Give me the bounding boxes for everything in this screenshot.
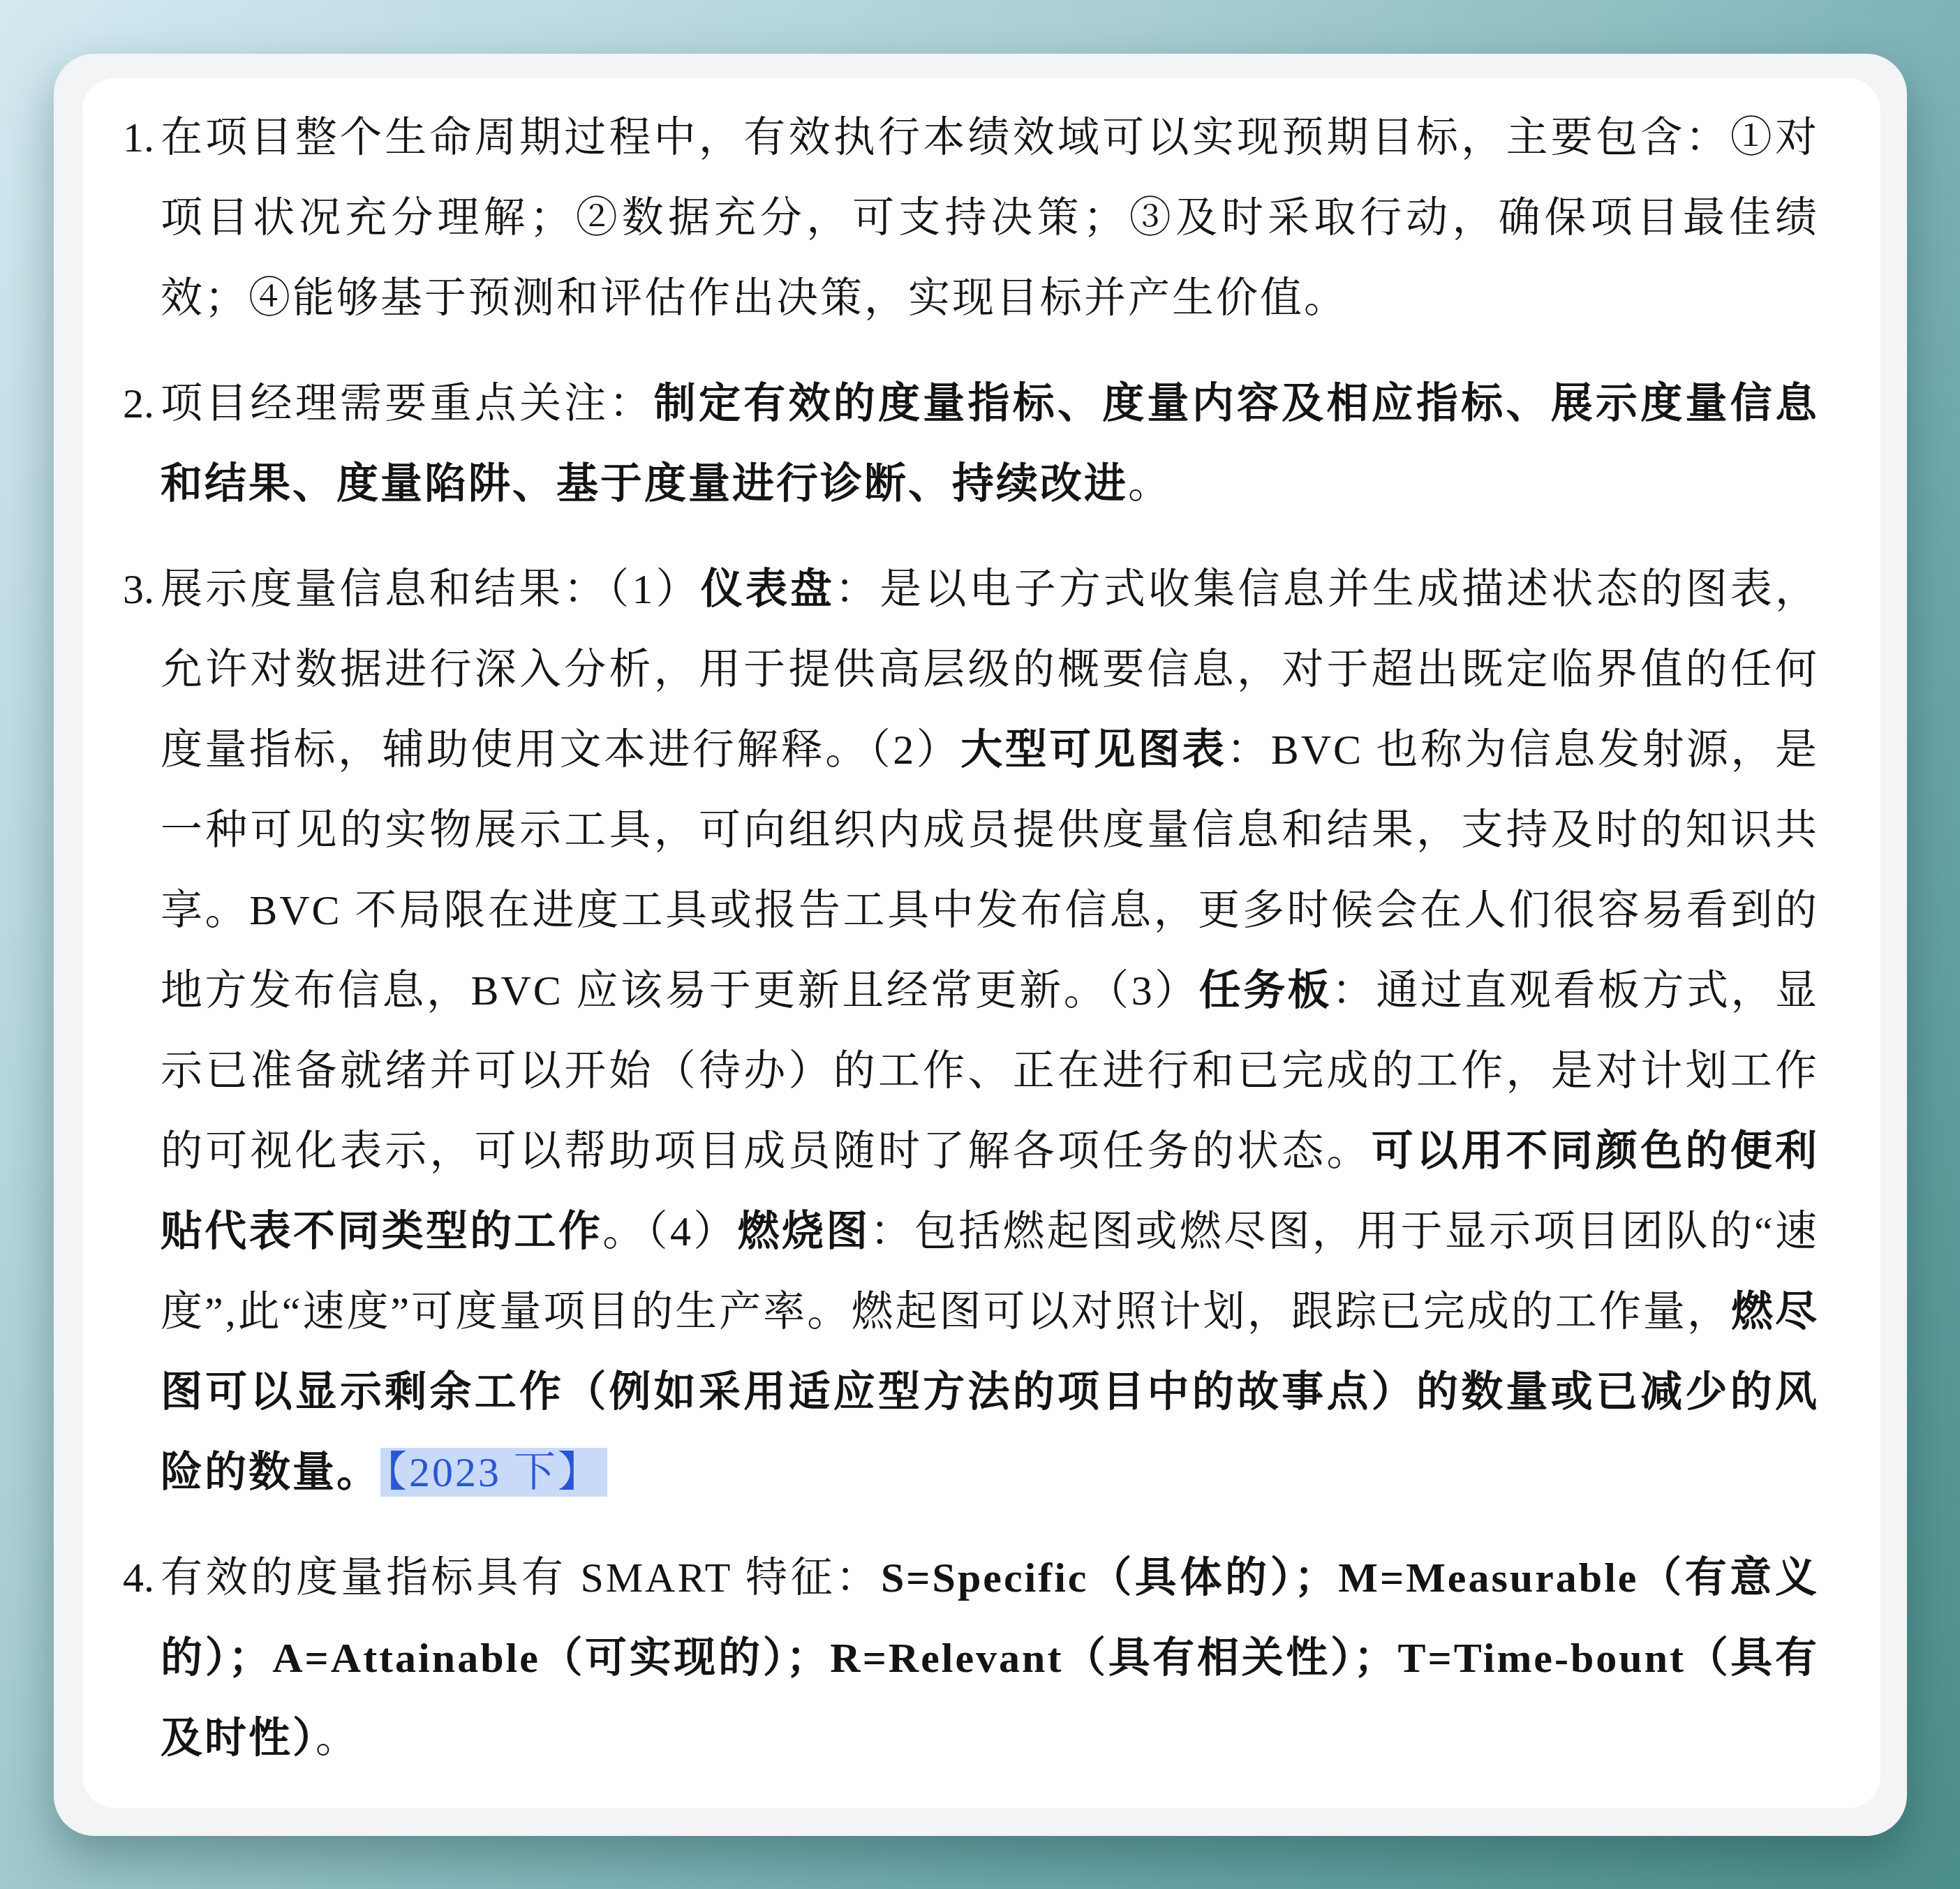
- text-run: 任务板: [1199, 968, 1332, 1014]
- item-number: 4.: [123, 1538, 154, 1618]
- page: { "page": { "background_gradient": ["#d3…: [0, 0, 1960, 1889]
- list-item: 3.展示度量信息和结果：（1）仪表盘：是以电子方式收集信息并生成描述状态的图表，…: [123, 549, 1819, 1513]
- item-number: 2.: [123, 364, 154, 444]
- list-item: 4.有效的度量指标具有 SMART 特征：S=Specific（具体的）；M=M…: [123, 1538, 1819, 1779]
- text-run: 。: [315, 1715, 359, 1761]
- text-run: 项目经理需要重点关注：: [161, 380, 654, 427]
- text-run: 展示度量信息和结果：（1）: [161, 566, 701, 612]
- item-text: 有效的度量指标具有 SMART 特征：S=Specific（具体的）；M=Mea…: [161, 1555, 1819, 1761]
- notes-card: 1.在项目整个生命周期过程中，有效执行本绩效域可以实现预期目标，主要包含：①对项…: [82, 78, 1880, 1808]
- item-text: 在项目整个生命周期过程中，有效执行本绩效域可以实现预期目标，主要包含：①对项目状…: [161, 114, 1819, 321]
- list-item: 2.项目经理需要重点关注：制定有效的度量指标、度量内容及相应指标、展示度量信息和…: [123, 364, 1819, 524]
- text-run: 燃烧图: [738, 1208, 870, 1254]
- item-text: 展示度量信息和结果：（1）仪表盘：是以电子方式收集信息并生成描述状态的图表，允许…: [161, 566, 1819, 1497]
- text-run: 。: [1128, 461, 1172, 507]
- text-run: 仪表盘: [701, 566, 835, 612]
- text-run: 大型可见图表: [960, 727, 1226, 773]
- card-frame: 1.在项目整个生命周期过程中，有效执行本绩效域可以实现预期目标，主要包含：①对项…: [54, 54, 1907, 1836]
- text-run: 在项目整个生命周期过程中，有效执行本绩效域可以实现预期目标，主要包含：①对项目状…: [161, 114, 1819, 321]
- text-run: 。（4）: [602, 1208, 737, 1254]
- item-text: 项目经理需要重点关注：制定有效的度量指标、度量内容及相应指标、展示度量信息和结果…: [161, 380, 1819, 507]
- item-number: 3.: [123, 549, 154, 630]
- text-run: 有效的度量指标具有 SMART 特征：: [161, 1555, 881, 1601]
- item-number: 1.: [123, 98, 154, 178]
- notes-list: 1.在项目整个生命周期过程中，有效执行本绩效域可以实现预期目标，主要包含：①对项…: [123, 98, 1819, 1779]
- exam-session-tag: 【2023 下】: [380, 1448, 607, 1497]
- list-item: 1.在项目整个生命周期过程中，有效执行本绩效域可以实现预期目标，主要包含：①对项…: [123, 98, 1819, 339]
